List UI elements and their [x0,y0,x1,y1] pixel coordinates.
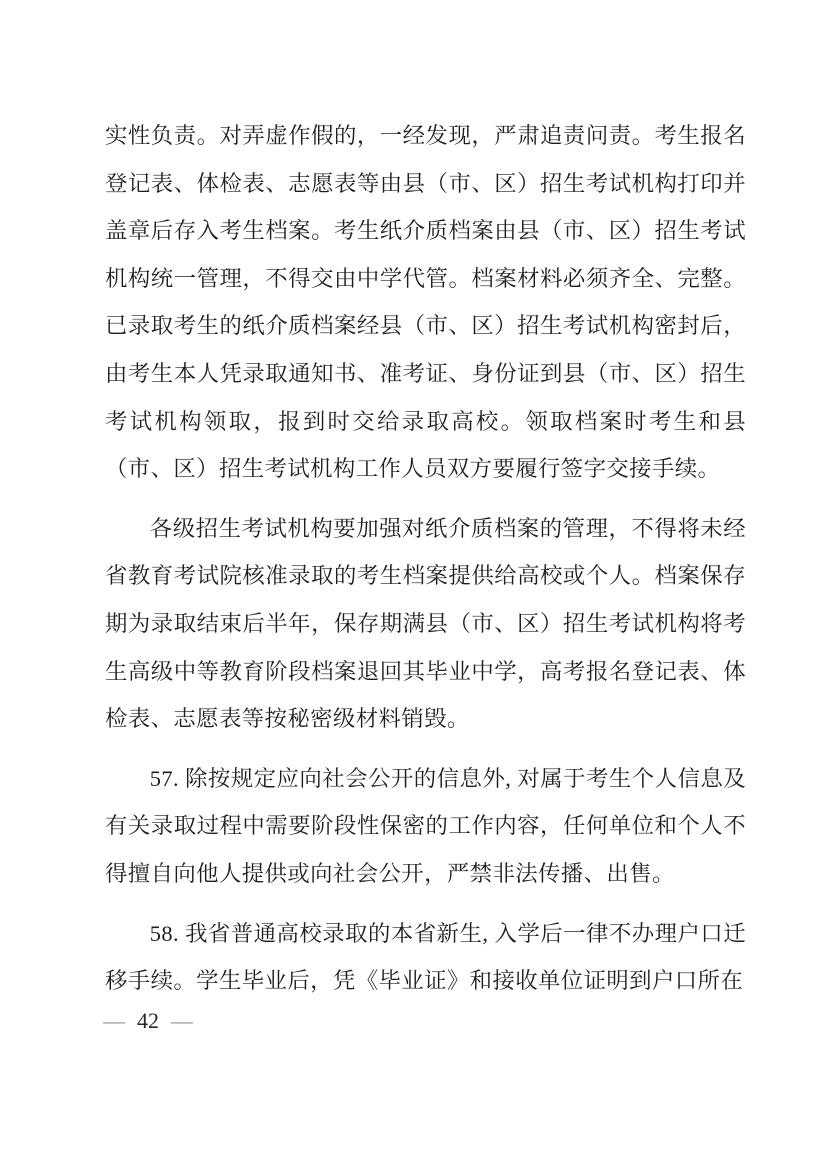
footer-dash-right: — [171,1006,193,1036]
paragraph-item-57: 57. 除按规定应向社会公开的信息外, 对属于考生个人信息及有关录取过程中需要阶… [105,755,746,898]
footer-dash-left: — [103,1006,125,1036]
document-body: 实性负责。对弄虚作假的，一经发现，严肃追责问责。考生报名登记表、体检表、志愿表等… [105,112,746,1005]
page-footer: — 42 — [103,1006,193,1036]
paragraph-continuation: 实性负责。对弄虚作假的，一经发现，严肃追责问责。考生报名登记表、体检表、志愿表等… [105,112,746,493]
paragraph-archive-management: 各级招生考试机构要加强对纸介质档案的管理，不得将未经省教育考试院核准录取的考生档… [105,505,746,743]
document-page: 实性负责。对弄虚作假的，一经发现，严肃追责问责。考生报名登记表、体检表、志愿表等… [0,0,827,1170]
paragraph-item-58: 58. 我省普通高校录取的本省新生, 入学后一律不办理户口迁移手续。学生毕业后，… [105,910,746,1005]
page-number: 42 [137,1006,159,1036]
